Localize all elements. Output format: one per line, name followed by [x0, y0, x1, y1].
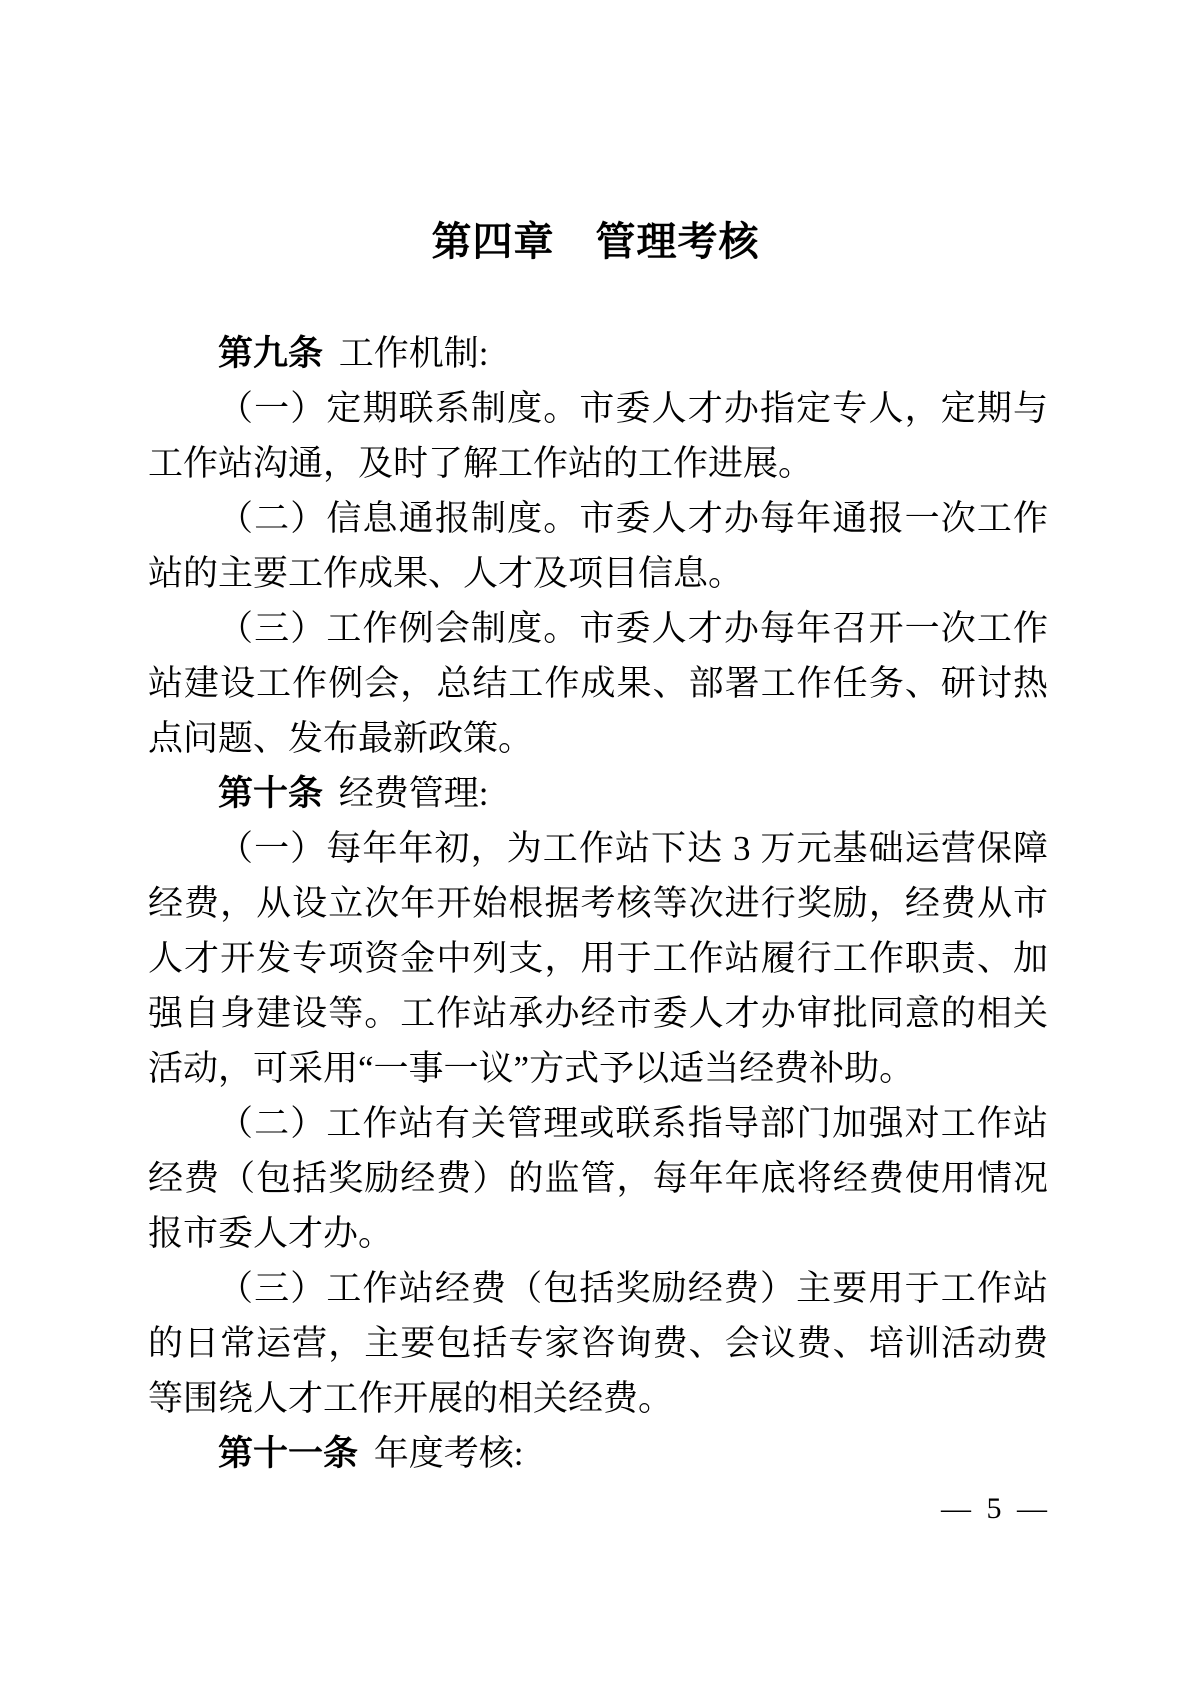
- article-10-item-1: （一）每年年初，为工作站下达 3 万元基础运营保障经费，从设立次年开始根据考核等…: [148, 821, 1048, 1096]
- article-9-item-1: （一）定期联系制度。市委人才办指定专人，定期与工作站沟通，及时了解工作站的工作进…: [148, 381, 1048, 491]
- document-body: 第九条工作机制: （一）定期联系制度。市委人才办指定专人，定期与工作站沟通，及时…: [148, 326, 1048, 1481]
- article-10-label: 第十条: [218, 774, 323, 813]
- article-11-label: 第十一条: [218, 1434, 358, 1473]
- article-10-heading: 第十条经费管理:: [148, 766, 1048, 821]
- article-9-item-2: （二）信息通报制度。市委人才办每年通报一次工作站的主要工作成果、人才及项目信息。: [148, 491, 1048, 601]
- article-9-title: 工作机制:: [339, 334, 489, 373]
- article-10-title: 经费管理:: [339, 774, 489, 813]
- article-10-item-3: （三）工作站经费（包括奖励经费）主要用于工作站的日常运营，主要包括专家咨询费、会…: [148, 1261, 1048, 1426]
- page-number: — 5 —: [941, 1492, 1051, 1526]
- article-9-heading: 第九条工作机制:: [148, 326, 1048, 381]
- article-11-heading: 第十一条年度考核:: [148, 1426, 1048, 1481]
- article-11-title: 年度考核:: [374, 1434, 524, 1473]
- article-9-item-3: （三）工作例会制度。市委人才办每年召开一次工作站建设工作例会，总结工作成果、部署…: [148, 601, 1048, 766]
- chapter-title: 第四章 管理考核: [0, 210, 1191, 267]
- article-10-item-2: （二）工作站有关管理或联系指导部门加强对工作站经费（包括奖励经费）的监管，每年年…: [148, 1096, 1048, 1261]
- article-9-label: 第九条: [218, 334, 323, 373]
- document-page: 第四章 管理考核 第九条工作机制: （一）定期联系制度。市委人才办指定专人，定期…: [0, 0, 1191, 1684]
